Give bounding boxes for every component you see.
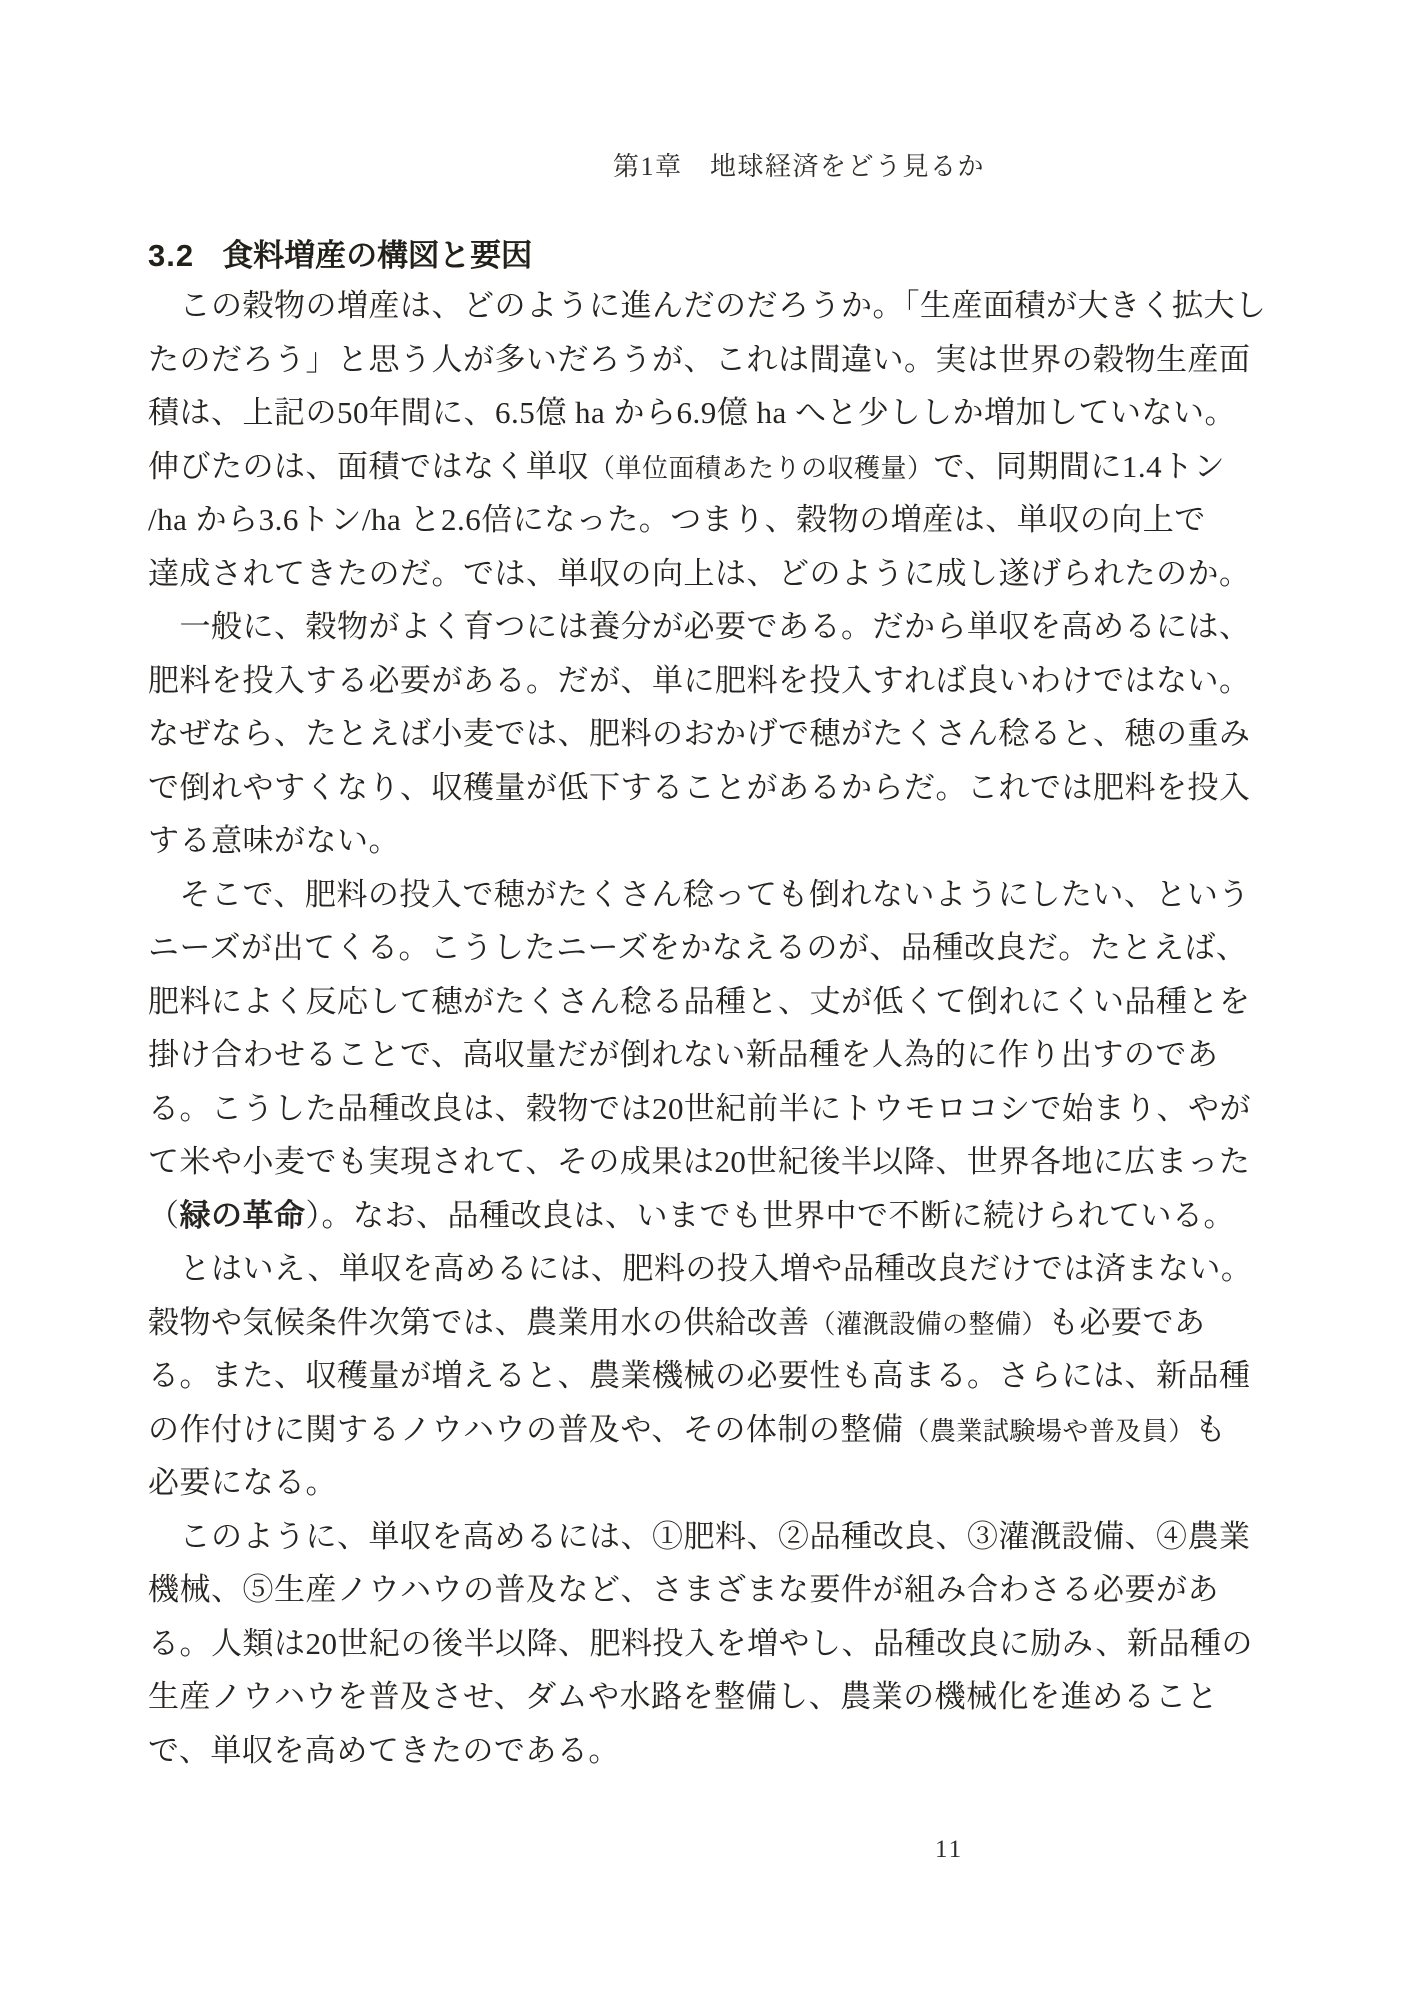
body-line: 生産ノウハウを普及させ、ダムや水路を整備し、農業の機械化を進めること (148, 1670, 993, 1724)
text-segment: 機械、⑤生産ノウハウの普及など、さまざまな要件が組み合わさる必要があ (148, 1572, 1219, 1607)
body-line: 積は、上記の50年間に、6.5億 ha から6.9億 ha へと少ししか増加して… (148, 386, 993, 440)
body-line: この穀物の増産は、どのように進んだのだろうか。「生産面積が大きく拡大し (148, 279, 993, 333)
text-segment: ）。なお、品種改良は、いまでも世界中で不断に続けられている。 (306, 1198, 1236, 1233)
bold-term: 緑の革命 (180, 1198, 306, 1233)
text-segment: 肥料を投入する必要がある。だが、単に肥料を投入すれば良いわけではない。 (148, 663, 1251, 698)
body-line: で倒れやすくなり、収穫量が低下することがあるからだ。これでは肥料を投入 (148, 761, 993, 815)
text-segment: ニーズが出てくる。こうしたニーズをかなえるのが、品種改良だ。たとえば、 (148, 930, 1247, 965)
body-line: る。人類は20世紀の後半以降、肥料投入を増やし、品種改良に励み、新品種の (148, 1617, 993, 1671)
body-line: そこで、肥料の投入で穂がたくさん稔っても倒れないようにしたい、という (148, 868, 993, 922)
chapter-running-header: 第1章 地球経済をどう見るか (613, 146, 985, 183)
text-segment: 肥料によく反応して穂がたくさん稔る品種と、丈が低くて倒れにくい品種とを (148, 984, 1251, 1019)
body-line: 伸びたのは、面積ではなく単収（単位面積あたりの収穫量）で、同期間に1.4トン (148, 440, 993, 494)
body-line: て米や小麦でも実現されて、その成果は20世紀後半以降、世界各地に広まった (148, 1135, 993, 1189)
text-segment: の作付けに関するノウハウの普及や、その体制の整備 (148, 1412, 903, 1447)
text-segment: とはいえ、単収を高めるには、肥料の投入増や品種改良だけでは済まない。 (148, 1251, 1252, 1286)
body-line: 穀物や気候条件次第では、農業用水の供給改善（灌漑設備の整備）も必要であ (148, 1296, 993, 1350)
body-line: なぜなら、たとえば小麦では、肥料のおかげで穂がたくさん稔ると、穂の重み (148, 707, 993, 761)
text-segment: そこで、肥料の投入で穂がたくさん稔っても倒れないようにしたい、という (148, 877, 1250, 912)
text-segment: なぜなら、たとえば小麦では、肥料のおかげで穂がたくさん稔ると、穂の重み (148, 716, 1251, 751)
body-line: の作付けに関するノウハウの普及や、その体制の整備（農業試験場や普及員）も (148, 1403, 993, 1457)
body-line: る。また、収穫量が増えると、農業機械の必要性も高まる。さらには、新品種 (148, 1349, 993, 1403)
text-segment: （農業試験場や普及員） (903, 1417, 1195, 1446)
body-line: る。こうした品種改良は、穀物では20世紀前半にトウモロコシで始まり、やが (148, 1082, 993, 1136)
text-segment: 積は、上記の50年間に、6.5億 ha から6.9億 ha へと少ししか増加して… (148, 395, 1236, 430)
text-segment: る。人類は20世紀の後半以降、肥料投入を増やし、品種改良に励み、新品種の (148, 1626, 1253, 1661)
text-segment: も (1195, 1412, 1227, 1447)
body-line: で、単収を高めてきたのである。 (148, 1724, 993, 1778)
text-segment: も必要であ (1048, 1305, 1206, 1340)
body-line: 肥料によく反応して穂がたくさん稔る品種と、丈が低くて倒れにくい品種とを (148, 975, 993, 1029)
text-segment: たのだろう」と思う人が多いだろうが、これは間違い。実は世界の穀物生産面 (148, 342, 1251, 377)
text-segment: （ (148, 1198, 180, 1233)
body-line: （緑の革命）。なお、品種改良は、いまでも世界中で不断に続けられている。 (148, 1189, 993, 1243)
book-page: 第1章 地球経済をどう見るか 3.2食料増産の構図と要因 この穀物の増産は、どの… (0, 0, 1412, 2000)
body-line: ニーズが出てくる。こうしたニーズをかなえるのが、品種改良だ。たとえば、 (148, 921, 993, 975)
body-line: このように、単収を高めるには、①肥料、②品種改良、③灌漑設備、④農業 (148, 1510, 993, 1564)
section-title: 3.2食料増産の構図と要因 (148, 230, 532, 275)
body-line: 掛け合わせることで、高収量だが倒れない新品種を人為的に作り出すのであ (148, 1028, 993, 1082)
text-segment: で、単収を高めてきたのである。 (148, 1733, 620, 1768)
section-title-text: 食料増産の構図と要因 (222, 238, 532, 273)
body-line: 一般に、穀物がよく育つには養分が必要である。だから単収を高めるには、 (148, 600, 993, 654)
body-line: /ha から3.6トン/ha と2.6倍になった。つまり、穀物の増産は、単収の向… (148, 493, 993, 547)
text-segment: 必要になる。 (148, 1465, 337, 1500)
text-segment: このように、単収を高めるには、①肥料、②品種改良、③灌漑設備、④農業 (148, 1519, 1251, 1554)
text-segment: /ha から3.6トン/ha と2.6倍になった。つまり、穀物の増産は、単収の向… (148, 502, 1206, 537)
text-segment: 生産ノウハウを普及させ、ダムや水路を整備し、農業の機械化を進めること (148, 1679, 1218, 1714)
body-line: 必要になる。 (148, 1456, 993, 1510)
text-segment: る。こうした品種改良は、穀物では20世紀前半にトウモロコシで始まり、やが (148, 1091, 1251, 1126)
body-line: 肥料を投入する必要がある。だが、単に肥料を投入すれば良いわけではない。 (148, 654, 993, 708)
text-segment: 一般に、穀物がよく育つには養分が必要である。だから単収を高めるには、 (148, 609, 1251, 644)
body-line: 機械、⑤生産ノウハウの普及など、さまざまな要件が組み合わさる必要があ (148, 1563, 993, 1617)
text-segment: この穀物の増産は、どのように進んだのだろうか。「生産面積が大きく拡大し (148, 288, 1267, 323)
text-segment: て米や小麦でも実現されて、その成果は20世紀後半以降、世界各地に広まった (148, 1144, 1250, 1179)
text-segment: で、同期間に1.4トン (934, 449, 1226, 484)
body-text: この穀物の増産は、どのように進んだのだろうか。「生産面積が大きく拡大したのだろう… (148, 279, 993, 1777)
text-segment: で倒れやすくなり、収穫量が低下することがあるからだ。これでは肥料を投入 (148, 770, 1251, 805)
body-line: 達成されてきたのだ。では、単収の向上は、どのように成し遂げられたのか。 (148, 547, 993, 601)
text-segment: （灌漑設備の整備） (810, 1310, 1049, 1339)
body-line: たのだろう」と思う人が多いだろうが、これは間違い。実は世界の穀物生産面 (148, 333, 993, 387)
text-segment: 穀物や気候条件次第では、農業用水の供給改善 (148, 1305, 810, 1340)
text-segment: 掛け合わせることで、高収量だが倒れない新品種を人為的に作り出すのであ (148, 1037, 1218, 1072)
body-line: とはいえ、単収を高めるには、肥料の投入増や品種改良だけでは済まない。 (148, 1242, 993, 1296)
text-segment: 達成されてきたのだ。では、単収の向上は、どのように成し遂げられたのか。 (148, 556, 1251, 591)
section-number: 3.2 (148, 238, 194, 273)
body-line: する意味がない。 (148, 814, 993, 868)
text-segment: する意味がない。 (148, 823, 400, 858)
text-segment: る。また、収穫量が増えると、農業機械の必要性も高まる。さらには、新品種 (148, 1358, 1251, 1393)
text-segment: （単位面積あたりの収穫量） (589, 454, 934, 483)
text-segment: 伸びたのは、面積ではなく単収 (148, 449, 589, 484)
page-number: 11 (935, 1836, 963, 1864)
